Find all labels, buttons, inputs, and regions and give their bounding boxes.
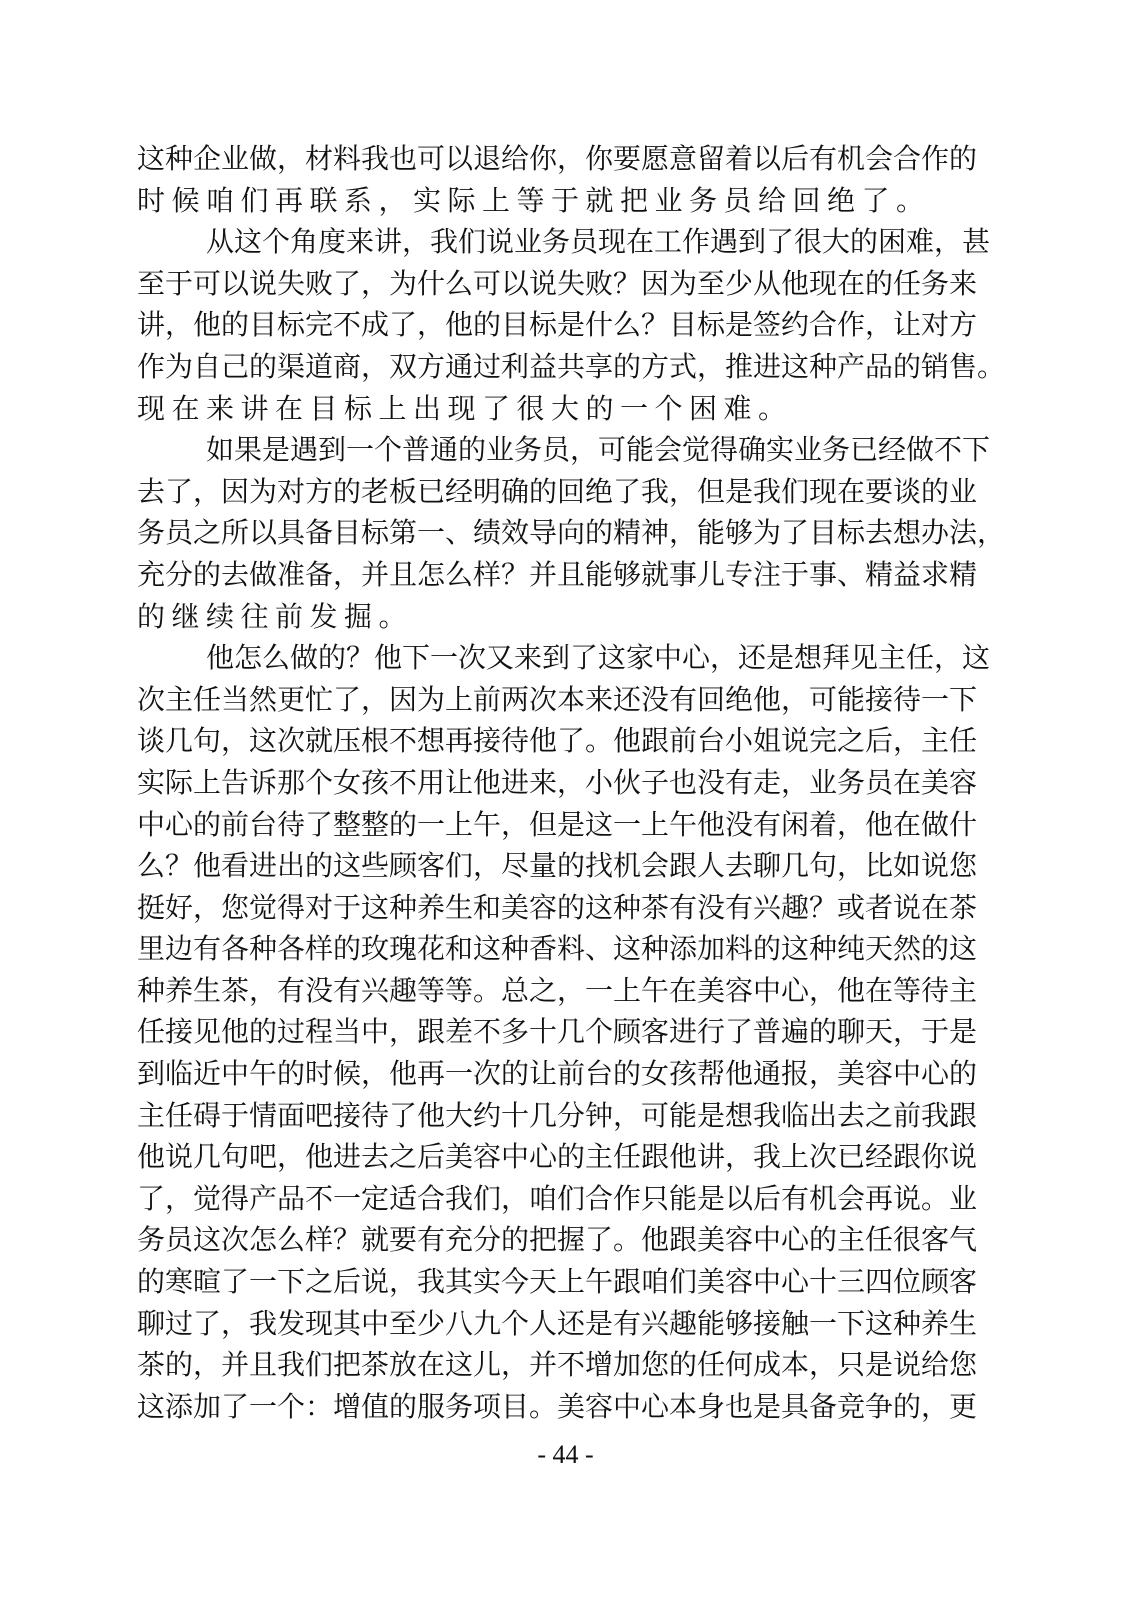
text-line: 务员这次怎么样？就要有充分的把握了。他跟美容中心的主任很客气 <box>137 1219 977 1261</box>
text-line: 他说几句吧，他进去之后美容中心的主任跟他讲，我上次已经跟你说 <box>137 1136 977 1178</box>
text-line: 这添加了一个：增值的服务项目。美容中心本身也是具备竞争的，更 <box>137 1386 977 1428</box>
text-line: 次主任当然更忙了，因为上前两次本来还没有回绝他，可能接待一下 <box>137 679 977 721</box>
text-line: 挺好，您觉得对于这种养生和美容的这种茶有没有兴趣？或者说在茶 <box>137 887 977 929</box>
text-line: 如果是遇到一个普通的业务员，可能会觉得确实业务已经做不下 <box>137 429 977 471</box>
document-page: 这种企业做，材料我也可以退给你，你要愿意留着以后有机会合作的时候咱们再联系，实际… <box>0 0 1131 1600</box>
text-line: 里边有各种各样的玫瑰花和这种香料、这种添加料的这种纯天然的这 <box>137 928 977 970</box>
text-line: 去了，因为对方的老板已经明确的回绝了我，但是我们现在要谈的业 <box>137 471 977 513</box>
text-line: 谈几句，这次就压根不想再接待他了。他跟前台小姐说完之后，主任 <box>137 720 977 762</box>
text-line: 讲，他的目标完不成了，他的目标是什么？目标是签约合作，让对方 <box>137 304 977 346</box>
text-line: 时候咱们再联系，实际上等于就把业务员给回绝了。 <box>137 180 977 222</box>
text-line: 种养生茶，有没有兴趣等等。总之，一上午在美容中心，他在等待主 <box>137 970 977 1012</box>
text-line: 中心的前台待了整整的一上午，但是这一上午他没有闲着，他在做什 <box>137 804 977 846</box>
text-line: 务员之所以具备目标第一、绩效导向的精神，能够为了目标去想办法， <box>137 512 977 554</box>
text-line: 的继续往前发掘。 <box>137 596 977 638</box>
text-line: 么？他看进出的这些顾客们，尽量的找机会跟人去聊几句，比如说您 <box>137 845 977 887</box>
text-line: 任接见他的过程当中，跟差不多十几个顾客进行了普遍的聊天，于是 <box>137 1011 977 1053</box>
text-line: 至于可以说失败了，为什么可以说失败？因为至少从他现在的任务来 <box>137 263 977 305</box>
text-line: 实际上告诉那个女孩不用让他进来，小伙子也没有走，业务员在美容 <box>137 762 977 804</box>
text-line: 茶的，并且我们把茶放在这儿，并不增加您的任何成本，只是说给您 <box>137 1344 977 1386</box>
text-line: 从这个角度来讲，我们说业务员现在工作遇到了很大的困难，甚 <box>137 221 977 263</box>
text-line: 了，觉得产品不一定适合我们，咱们合作只能是以后有机会再说。业 <box>137 1178 977 1220</box>
text-line: 作为自己的渠道商，双方通过利益共享的方式，推进这种产品的销售。 <box>137 346 977 388</box>
page-number: - 44 - <box>0 1440 1131 1470</box>
text-line: 充分的去做准备，并且怎么样？并且能够就事儿专注于事、精益求精 <box>137 554 977 596</box>
text-line: 现在来讲在目标上出现了很大的一个困难。 <box>137 388 977 430</box>
text-line: 主任碍于情面吧接待了他大约十几分钟，可能是想我临出去之前我跟 <box>137 1095 977 1137</box>
body-text: 这种企业做，材料我也可以退给你，你要愿意留着以后有机会合作的时候咱们再联系，实际… <box>137 138 977 1427</box>
text-line: 聊过了，我发现其中至少八九个人还是有兴趣能够接触一下这种养生 <box>137 1303 977 1345</box>
text-line: 他怎么做的？他下一次又来到了这家中心，还是想拜见主任，这 <box>137 637 977 679</box>
text-line: 这种企业做，材料我也可以退给你，你要愿意留着以后有机会合作的 <box>137 138 977 180</box>
text-line: 的寒暄了一下之后说，我其实今天上午跟咱们美容中心十三四位顾客 <box>137 1261 977 1303</box>
text-line: 到临近中午的时候，他再一次的让前台的女孩帮他通报，美容中心的 <box>137 1053 977 1095</box>
